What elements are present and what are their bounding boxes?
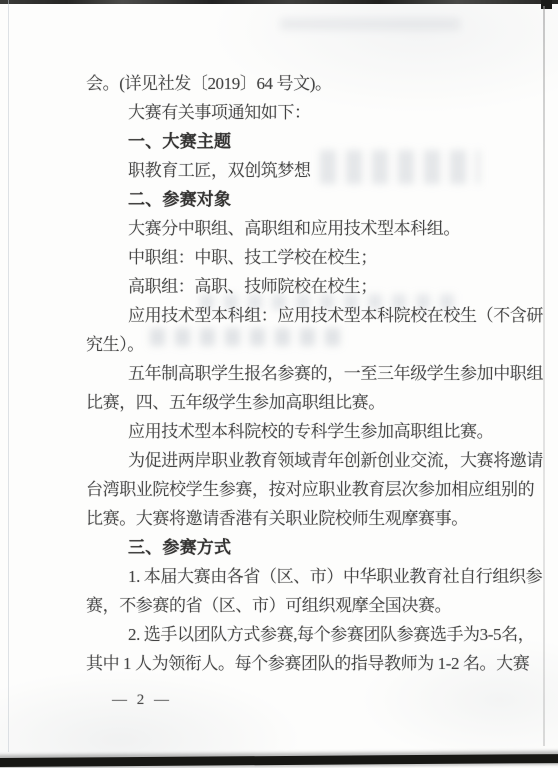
text-line: 应用技术型本科组：应用技术型本科院校在校生（不含研: [86, 301, 518, 330]
section-heading: 一、大赛主题: [86, 127, 518, 156]
text-line: 比赛。大赛将邀请香港有关职业院校师生观摩赛事。: [86, 504, 518, 533]
text-line: 究生）。: [86, 330, 518, 359]
document-body: 会。(详见社发〔2019〕64 号文)。大赛有关事项通知如下：一、大赛主题职教育…: [86, 69, 518, 678]
text-line: 为促进两岸职业教育领域青年创新创业交流，大赛将邀请: [86, 446, 518, 475]
scan-edge-bottom: [0, 754, 558, 767]
section-heading: 三、参赛方式: [86, 533, 518, 562]
text-line: 大赛分中职组、高职组和应用技术型本科组。: [86, 214, 518, 243]
scan-edge-top: [0, 0, 558, 4]
page-edge-line-left: [8, 0, 9, 752]
text-line: 台湾职业院校学生参赛，按对应职业教育层次参加相应组别的: [86, 475, 518, 504]
text-line: 职教育工匠，双创筑梦想: [86, 156, 518, 185]
page-edge-line-right: [543, 6, 545, 746]
text-line: 应用技术型本科院校的专科学生参加高职组比赛。: [86, 417, 518, 446]
text-line: 中职组：中职、技工学校在校生；: [86, 243, 518, 272]
text-line: 会。(详见社发〔2019〕64 号文)。: [86, 69, 518, 98]
text-line: 2. 选手以团队方式参赛,每个参赛团队参赛选手为3-5名，: [86, 620, 518, 649]
text-line: 高职组：高职、技师院校在校生；: [86, 272, 518, 301]
text-line: 其中 1 人为领衔人。每个参赛团队的指导教师为 1-2 名。大赛: [86, 649, 518, 678]
text-line: 比赛，四、五年级学生参加高职组比赛。: [86, 388, 518, 417]
scanned-document-page: 会。(详见社发〔2019〕64 号文)。大赛有关事项通知如下：一、大赛主题职教育…: [0, 0, 558, 768]
page-number: — 2 —: [112, 692, 172, 709]
text-line: 五年制高职学生报名参赛的，一至三年级学生参加中职组: [86, 359, 518, 388]
text-line: 大赛有关事项通知如下：: [86, 98, 518, 127]
section-heading: 二、参赛对象: [86, 185, 518, 214]
bleedthrough-smudge: [280, 18, 460, 30]
text-line: 1. 本届大赛由各省（区、市）中华职业教育社自行组织参: [86, 562, 518, 591]
text-line: 赛，不参赛的省（区、市）可组织观摩全国决赛。: [86, 591, 518, 620]
